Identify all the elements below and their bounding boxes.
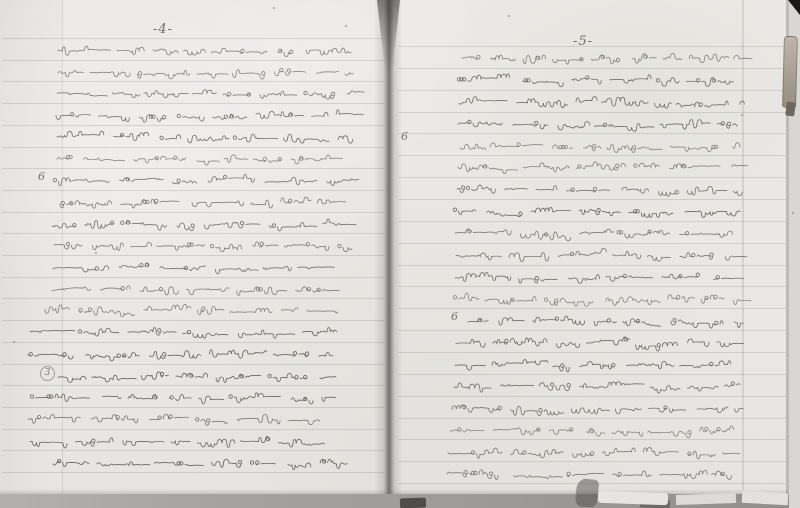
paper-speck <box>273 7 275 9</box>
paper-speck <box>792 212 794 214</box>
paper-speck <box>628 338 630 340</box>
paper-speck <box>13 341 15 343</box>
paper-speck <box>95 252 97 254</box>
paper-speck <box>345 25 347 27</box>
paper-speck <box>508 15 510 17</box>
paper-specks <box>0 0 800 508</box>
manuscript-scan: -4- -5- 6366 <box>0 0 800 508</box>
paper-speck <box>741 114 743 116</box>
